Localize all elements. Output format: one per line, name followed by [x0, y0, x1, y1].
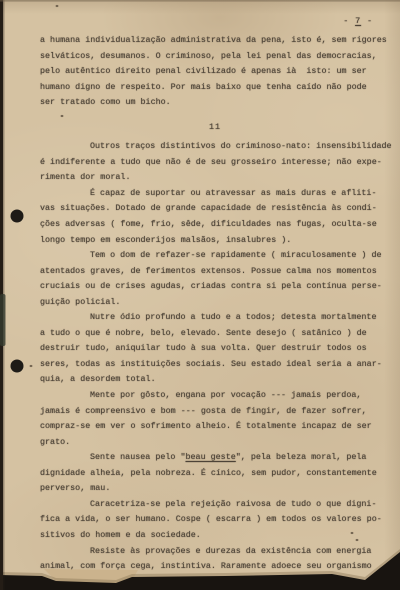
text-line: rimenta dor moral. [40, 170, 390, 186]
document-body: a humana individualização administrativa… [40, 33, 390, 575]
text-line: destruir tudo, aniquilar tudo à sua volt… [40, 341, 390, 357]
text-line: selváticos, desumanos. O criminoso, pela… [40, 49, 390, 65]
paragraph: Outros traços distintivos do criminoso-n… [40, 139, 390, 186]
intro-paragraph: a humana individualização administrativa… [40, 33, 390, 111]
text-line: animal, com força cega, instintiva. Rara… [40, 559, 390, 575]
paper-speck [56, 5, 59, 7]
text-line: cruciais ou de crises agudas, criadas co… [40, 279, 390, 295]
paragraph: Resiste às provações e durezas da existê… [40, 544, 390, 575]
text-line: humano digno de respeito. Por mais baixo… [40, 80, 390, 96]
text-line: pelo autêntico direito penal civilizado … [40, 64, 390, 80]
paragraph: Mente por gôsto, engana por vocação --- … [40, 388, 390, 450]
scanner-background-left [0, 0, 3, 590]
text-line: Outros traços distintivos do criminoso-n… [40, 139, 390, 155]
text-line: quia, a desordem total. [40, 372, 390, 388]
text-line: Caracetriza-se pela rejeição raivosa de … [40, 497, 390, 513]
text-line: É capaz de suportar ou atravessar as mai… [40, 186, 390, 202]
paragraph: É capaz de suportar ou atravessar as mai… [40, 186, 390, 248]
page-number-prefix: - [343, 16, 355, 26]
paragraph: Caracetriza-se pela rejeição raivosa de … [40, 497, 390, 544]
paragraph: Nutre ódio profundo a tudo e a todos; de… [40, 310, 390, 388]
paragraph: Tem o dom de refazer-se rapidamente ( mi… [40, 248, 390, 310]
text-line: a humana individualização administrativa… [40, 33, 390, 49]
text-line: vas situações. Dotado de grande capacida… [40, 201, 390, 217]
paper-speck [30, 365, 33, 367]
paragraph: Sente nausea pelo "beau geste", pela bel… [40, 450, 390, 497]
text-line: Tem o dom de refazer-se rapidamente ( mi… [40, 248, 390, 264]
text-line: Mente por gôsto, engana por vocação --- … [40, 388, 390, 404]
text-line: longo tempo em esconderijos malsãos, ins… [40, 233, 390, 249]
left-edge-smudge [0, 294, 6, 346]
text-line: seres, todas as instituições sociais. Se… [40, 357, 390, 373]
text-line: é indiferente a tudo que não é de seu gr… [40, 155, 390, 171]
page-number: - 7 - [343, 16, 373, 26]
punch-hole [11, 360, 24, 373]
text-line: ções adversas ( fome, frio, sêde, dificu… [40, 217, 390, 233]
text-line: ser tratado como um bicho. [40, 95, 390, 111]
text-line: grato. [40, 435, 390, 451]
paragraphs-container: Outros traços distintivos do criminoso-n… [40, 139, 390, 574]
section-heading: 11 [40, 120, 390, 136]
underlined-phrase: beau geste [186, 452, 236, 462]
top-edge-shadow [0, 0, 400, 2]
text-line: Resiste às provações e durezas da existê… [40, 544, 390, 560]
text-line: a tudo o que é nobre, belo, elevado. Sen… [40, 326, 390, 342]
text-line: jamais é compreensivo e bom --- gosta de… [40, 404, 390, 420]
text-line: guição policial. [40, 295, 390, 311]
punch-holes [11, 210, 24, 373]
text-line: Nutre ódio profundo a tudo e a todos; de… [40, 310, 390, 326]
text-line: dignidade alheia, pela nobreza. É cínico… [40, 466, 390, 482]
scanned-document-page: - 7 - a humana individualização administ… [0, 0, 400, 590]
text-line: sitivos do homem e da sociedade. [40, 528, 390, 544]
text-line: fica a vida, o ser humano. Cospe ( escar… [40, 512, 390, 528]
text-line: compraz-se em ver o sofrimento alheio. É… [40, 419, 390, 435]
text-line: atentados graves, de ferimentos extensos… [40, 264, 390, 280]
text-line: Sente nausea pelo "beau geste", pela bel… [40, 450, 390, 466]
left-edge-shadow [3, 0, 5, 590]
text-line: perverso, mau. [40, 481, 390, 497]
page-number-suffix: - [361, 16, 373, 26]
punch-hole [11, 210, 24, 223]
